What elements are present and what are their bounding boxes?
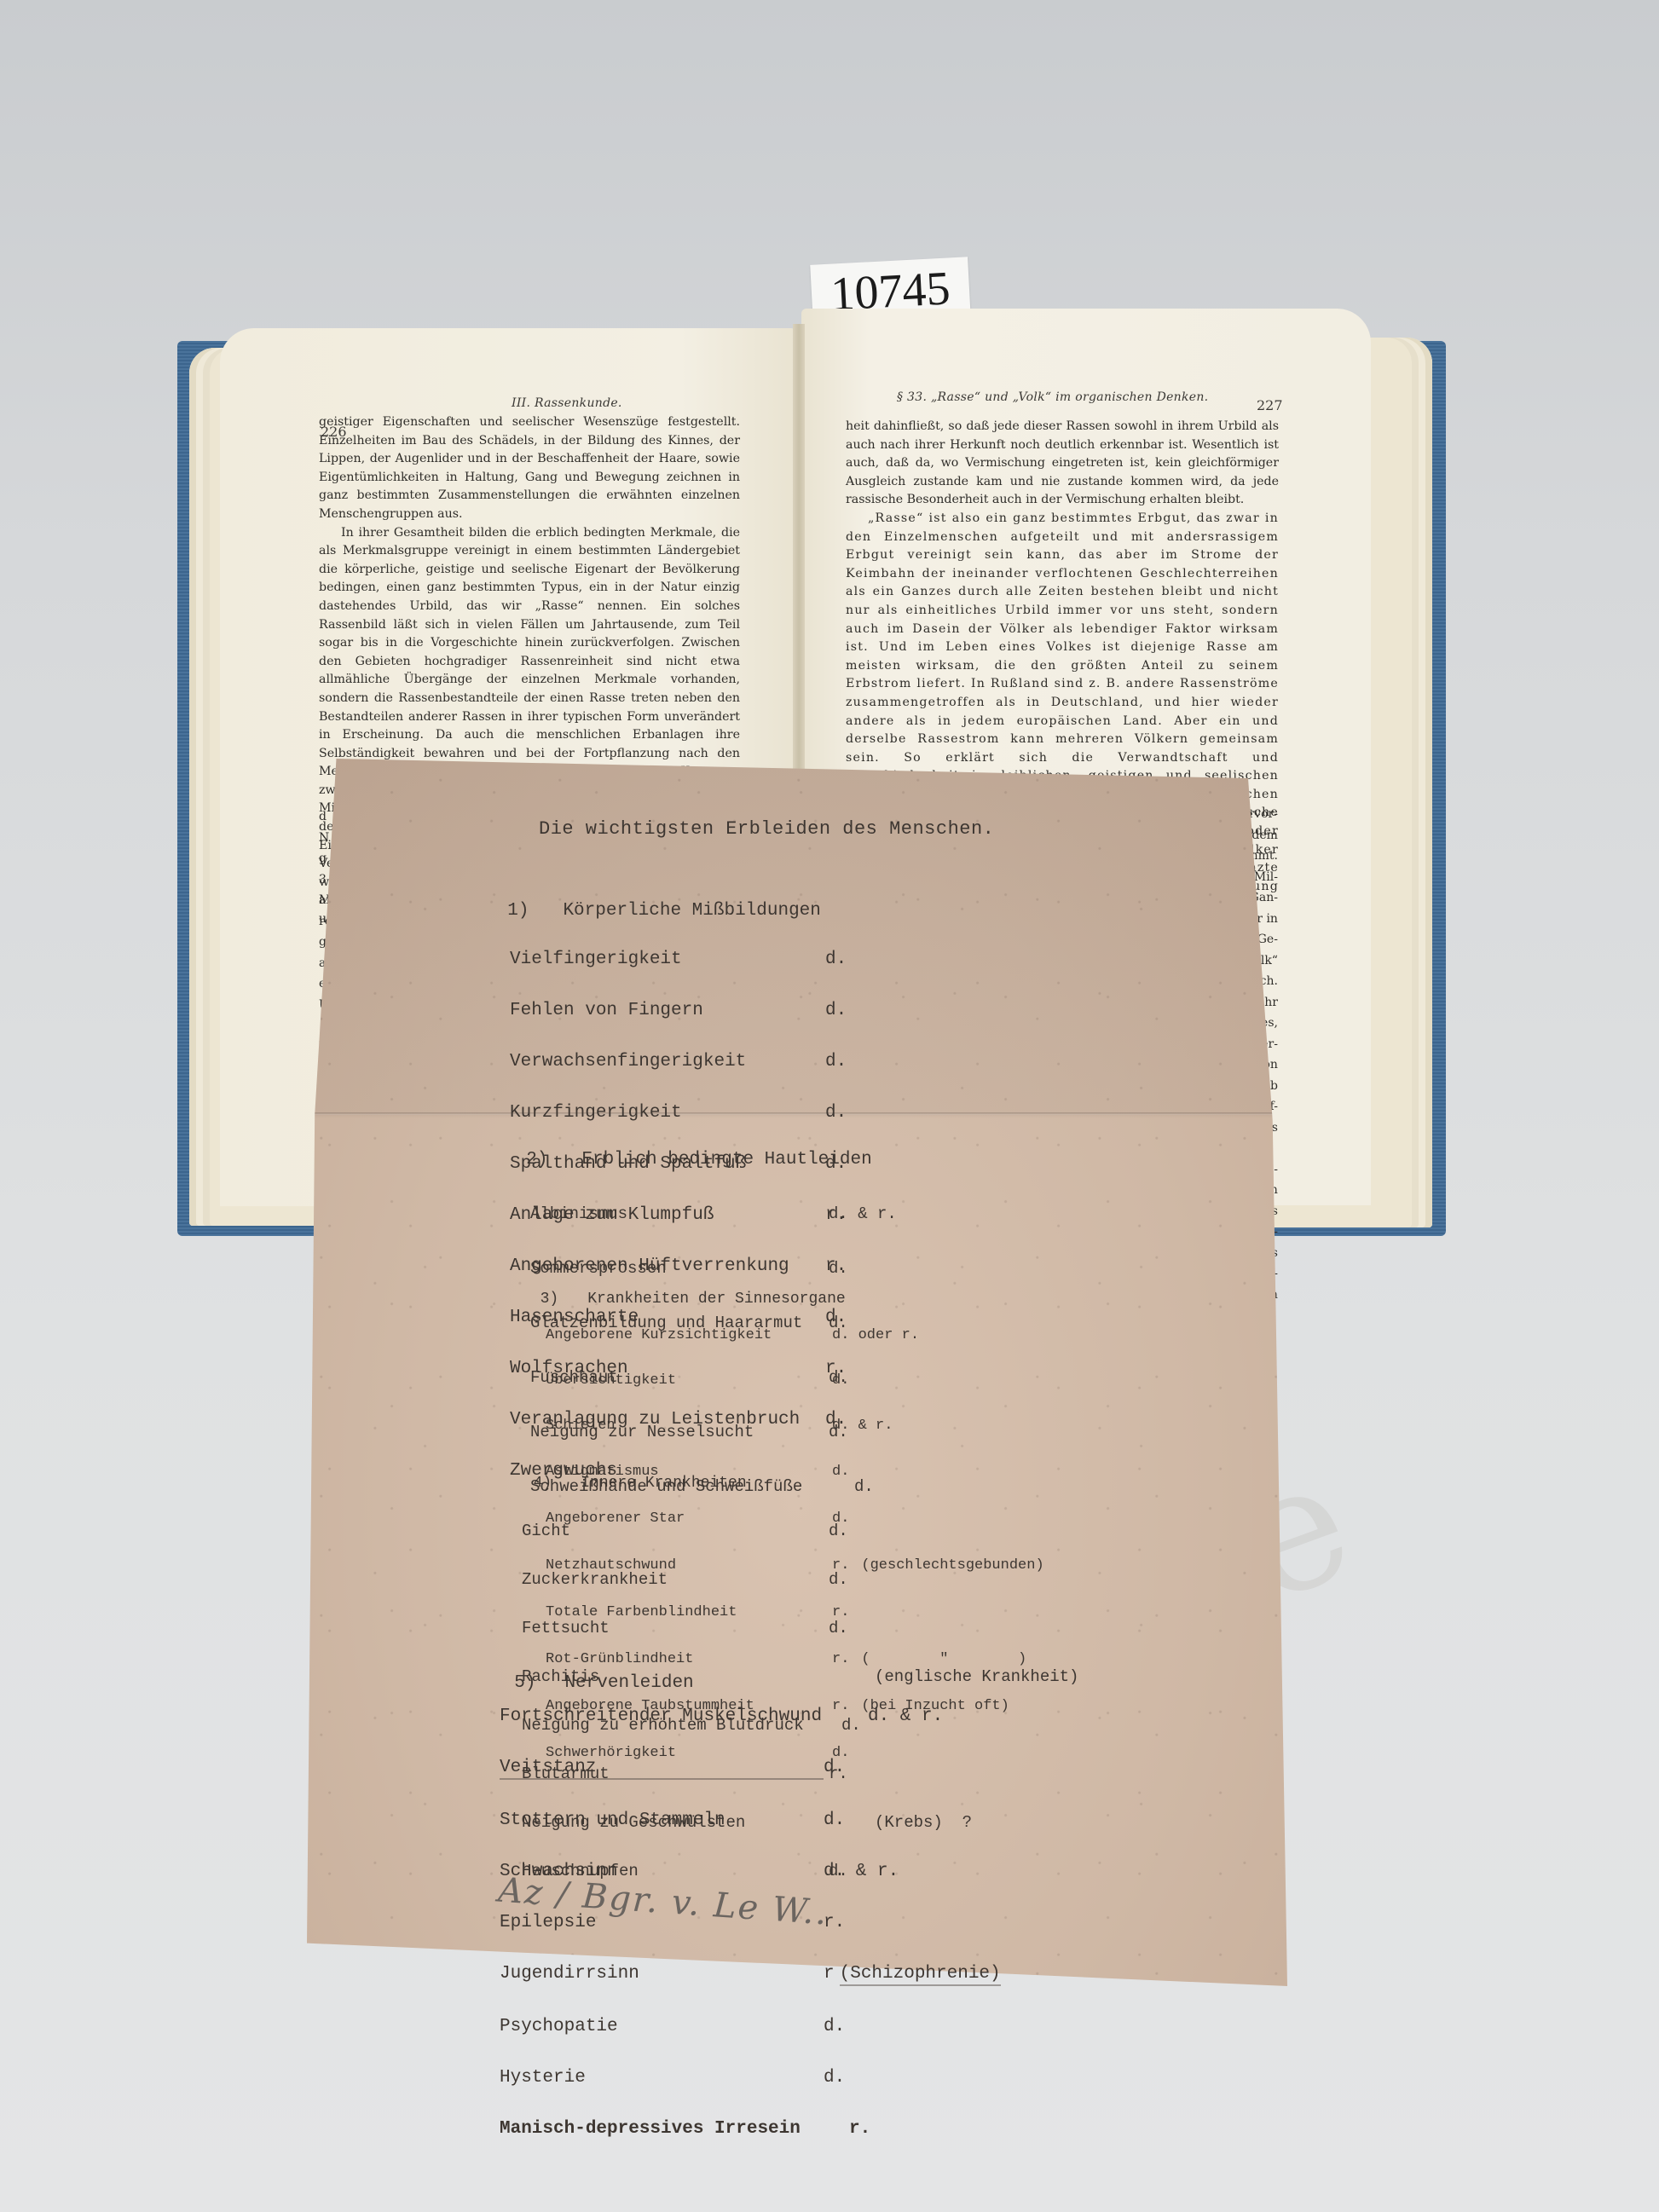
page-number-right: 227 bbox=[1257, 397, 1283, 413]
running-head-left: III. Rassenkunde. bbox=[512, 396, 622, 410]
list-item: Manisch-depressives Irreseinr. bbox=[500, 2119, 1001, 2140]
list-item: Fortschreitender Muskelschwundd. & r. bbox=[500, 1707, 1001, 1727]
list-item: Verwachsenfingerigkeitd. bbox=[510, 1052, 847, 1072]
right-paragraph-1: heit dahinfließt, so daß jede dieser Ras… bbox=[846, 418, 1279, 510]
running-head-right: § 33. „Rasse“ und „Volk“ im organischen … bbox=[897, 390, 1208, 404]
list-item: Vielfingerigkeitd. bbox=[510, 950, 847, 970]
list-item: Zuckerkrankheitd. bbox=[522, 1571, 1078, 1589]
list-item: Fehlen von Fingernd. bbox=[510, 1001, 847, 1021]
list-item: Hysteried. bbox=[500, 2068, 1001, 2088]
list-item: Kurzfingerigkeitd. bbox=[510, 1103, 847, 1123]
list-item: Jugendirrsinnr(Schizophrenie) bbox=[500, 1964, 1001, 1986]
left-paragraph-1: geistiger Eigenschaften und seelischer W… bbox=[319, 413, 740, 524]
list-item: Stottern und Stammelnd. bbox=[500, 1811, 1001, 1831]
sheet-title: Die wichtigsten Erbleiden des Menschen. bbox=[539, 818, 994, 840]
list-item: Fettsuchtd. bbox=[522, 1620, 1078, 1637]
list-item: Psychopatied. bbox=[500, 2017, 1001, 2037]
list-item: Angeborene Kurzsichtigkeitd. oder r. bbox=[546, 1328, 1044, 1343]
list-item: Albinismusd. & r. bbox=[530, 1205, 897, 1222]
list-item: Schielend. & r. bbox=[546, 1418, 1044, 1433]
list-item: Veitstanzd. bbox=[500, 1758, 1001, 1780]
section-1-heading: 1)Körperliche Mißbildungen bbox=[486, 881, 821, 921]
section-2-heading: 2)Erblich bedingte Hautleiden bbox=[505, 1130, 872, 1170]
section-4-heading: 4)Innere Krankheiten bbox=[515, 1458, 747, 1492]
list-item: Gichtd. bbox=[522, 1522, 1078, 1540]
list-item: Übersichtigkeitd. bbox=[546, 1373, 1044, 1388]
